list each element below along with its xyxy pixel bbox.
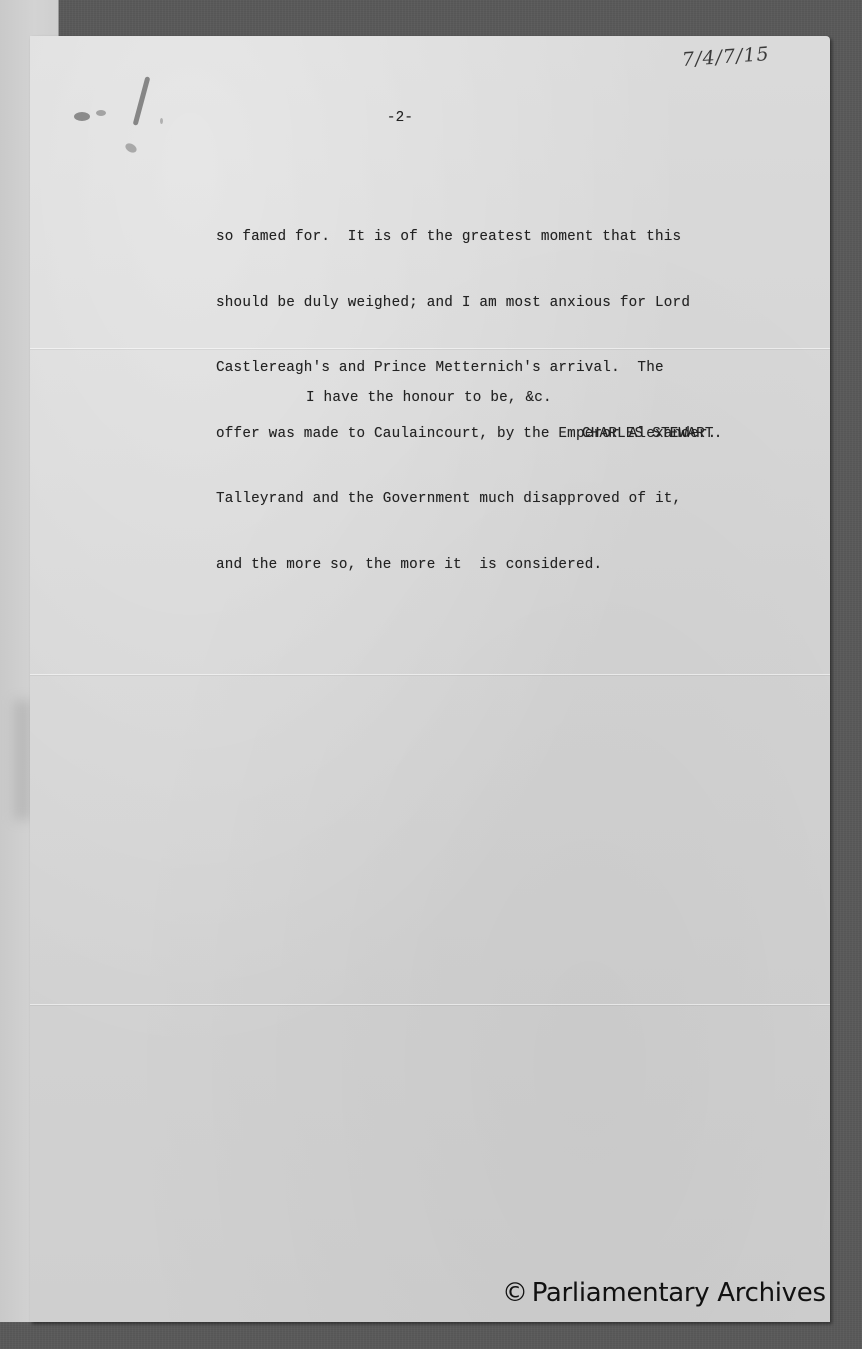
pencil-mark bbox=[124, 142, 138, 155]
body-line: Castlereagh's and Prince Metternich's ar… bbox=[216, 352, 716, 386]
body-line: so famed for. It is of the greatest mome… bbox=[216, 221, 716, 255]
copyright-watermark: ©Parliamentary Archives bbox=[502, 1278, 826, 1308]
handwritten-date: 7/4/7/15 bbox=[681, 43, 770, 71]
body-line: and the more so, the more it is consider… bbox=[216, 549, 716, 583]
document-page: 7/4/7/15 -2- so famed for. It is of the … bbox=[30, 36, 830, 1322]
body-line: should be duly weighed; and I am most an… bbox=[216, 287, 716, 321]
copyright-icon: © bbox=[502, 1278, 528, 1308]
fold-line bbox=[30, 674, 830, 675]
page-number: -2- bbox=[30, 110, 770, 126]
body-line: Talleyrand and the Government much disap… bbox=[216, 483, 716, 517]
watermark-text: Parliamentary Archives bbox=[532, 1278, 826, 1308]
signature: CHARLES STEWART. bbox=[582, 424, 722, 444]
closing-line: I have the honour to be, &c. bbox=[306, 388, 552, 408]
fold-line bbox=[30, 1004, 830, 1005]
